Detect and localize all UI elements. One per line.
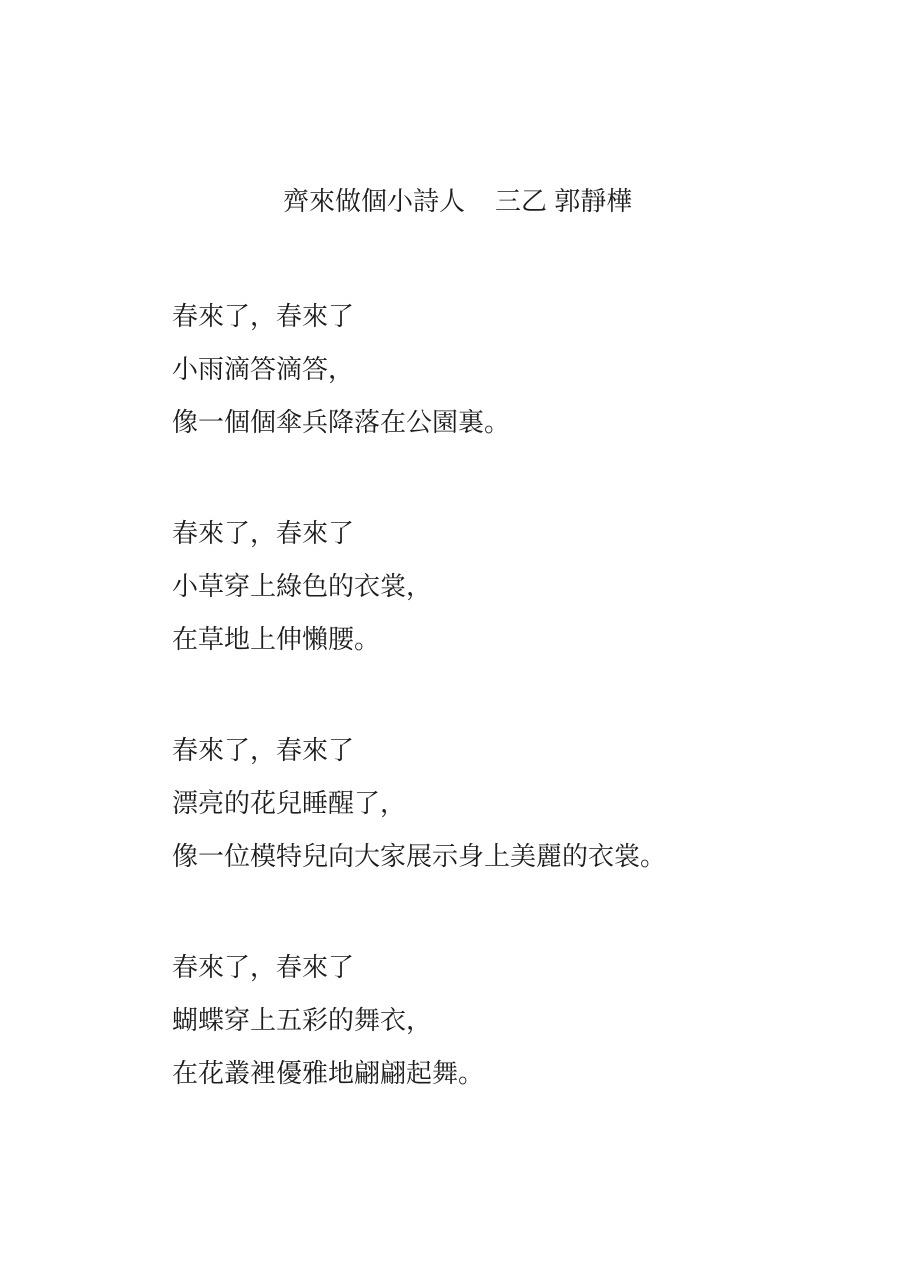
- document-page: 齊來做個小詩人三乙 郭靜樺 春來了，春來了 小雨滴答滴答， 像一個個傘兵降落在公…: [0, 0, 905, 1280]
- poem-line: 在草地上伸懶腰。: [172, 613, 666, 666]
- poem-line: 像一位模特兒向大家展示身上美麗的衣裳。: [172, 830, 666, 883]
- poem-stanza: 春來了，春來了 漂亮的花兒睡醒了， 像一位模特兒向大家展示身上美麗的衣裳。: [172, 724, 666, 883]
- poem-line: 漂亮的花兒睡醒了，: [172, 777, 666, 830]
- poem-title-line: 齊來做個小詩人三乙 郭靜樺: [283, 175, 632, 228]
- poem-body: 春來了，春來了 小雨滴答滴答， 像一個個傘兵降落在公園裏。 春來了，春來了 小草…: [172, 290, 666, 1158]
- poem-line: 春來了，春來了: [172, 724, 666, 777]
- poem-title: 齊來做個小詩人: [283, 186, 465, 216]
- poem-line: 像一個個傘兵降落在公園裏。: [172, 396, 666, 449]
- poem-line: 在花叢裡優雅地翩翩起舞。: [172, 1047, 666, 1100]
- poem-stanza: 春來了，春來了 小草穿上綠色的衣裳， 在草地上伸懶腰。: [172, 507, 666, 666]
- poem-line: 春來了，春來了: [172, 290, 666, 343]
- poem-byline: 三乙 郭靜樺: [495, 186, 632, 216]
- poem-line: 春來了，春來了: [172, 941, 666, 994]
- poem-stanza: 春來了，春來了 小雨滴答滴答， 像一個個傘兵降落在公園裏。: [172, 290, 666, 449]
- poem-line: 小草穿上綠色的衣裳，: [172, 560, 666, 613]
- poem-line: 小雨滴答滴答，: [172, 343, 666, 396]
- poem-line: 春來了，春來了: [172, 507, 666, 560]
- poem-stanza: 春來了，春來了 蝴蝶穿上五彩的舞衣， 在花叢裡優雅地翩翩起舞。: [172, 941, 666, 1100]
- poem-line: 蝴蝶穿上五彩的舞衣，: [172, 994, 666, 1047]
